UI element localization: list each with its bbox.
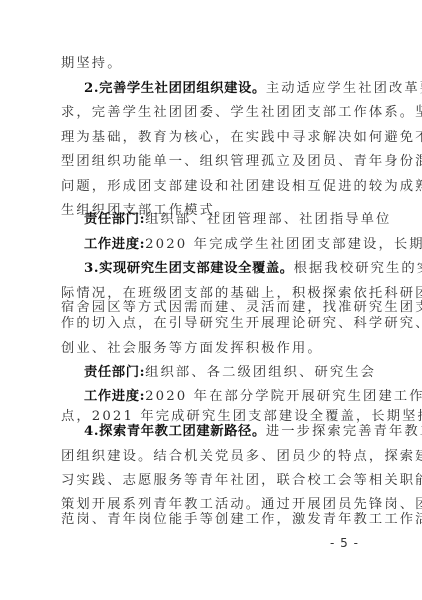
text-line: 范岗、青年岗位能手等创建工作，激发青年教工工作活力， bbox=[61, 512, 361, 528]
responsible-dept-3: 责任部门:组织部、各二级团组织、研究生会 bbox=[84, 365, 361, 381]
page-number: - 5 - bbox=[330, 536, 359, 550]
text-line: 作的切入点，在引导研究生开展理论研究、科学研究、创新 bbox=[61, 316, 361, 332]
work-progress-3: 工作进度:2020 年在部分学院开展研究生团建工作试 bbox=[84, 389, 361, 405]
work-progress-2: 工作进度:2020 年完成学生社团团支部建设，长期坚持。 bbox=[84, 237, 361, 253]
text-line: 团组织建设。结合机关党员多、团员少的特点，探索建设学 bbox=[61, 449, 361, 465]
text-line: 宿舍园区等方式因需而建、灵活而建，找准研究生团支部工 bbox=[61, 300, 361, 316]
text-line: 理为基础，教育为核心，在实践中寻求解决如何避免不同类 bbox=[61, 130, 361, 146]
text-line: 期坚持。 bbox=[61, 56, 361, 72]
text-line: 型团组织功能单一、组织管理孤立及团员、青年身份混乱的 bbox=[61, 154, 361, 170]
section-heading-4: 4.探索青年教工团建新路径。进一步探索完善青年教工 bbox=[84, 424, 361, 440]
text-line: 习实践、志愿服务等青年社团，联合校工会等相关职能部门 bbox=[61, 473, 361, 489]
responsible-dept-2: 责任部门:组织部、社团管理部、社团指导单位 bbox=[84, 212, 361, 228]
section-heading-3: 3.实现研究生团支部建设全覆盖。根据我校研究生的实 bbox=[84, 261, 361, 277]
text-line: 点，2021 年完成研究生团支部建设全覆盖，长期坚持。 bbox=[61, 409, 361, 425]
section-heading-2: 2.完善学生社团团组织建设。主动适应学生社团改革要 bbox=[84, 81, 361, 97]
text-line: 问题，形成团支部建设和社团建设相互促进的较为成熟的学 bbox=[61, 179, 361, 195]
text-line: 创业、社会服务等方面发挥积极作用。 bbox=[61, 341, 361, 357]
text-line: 策划开展系列青年教工活动。通过开展团员先锋岗、团员示 bbox=[61, 497, 361, 513]
text-line: 求，完善学生社团团委、学生社团团支部工作体系。坚持管 bbox=[61, 105, 361, 121]
document-page: 期坚持。 2.完善学生社团团组织建设。主动适应学生社团改革要 求，完善学生社团团… bbox=[0, 0, 422, 600]
